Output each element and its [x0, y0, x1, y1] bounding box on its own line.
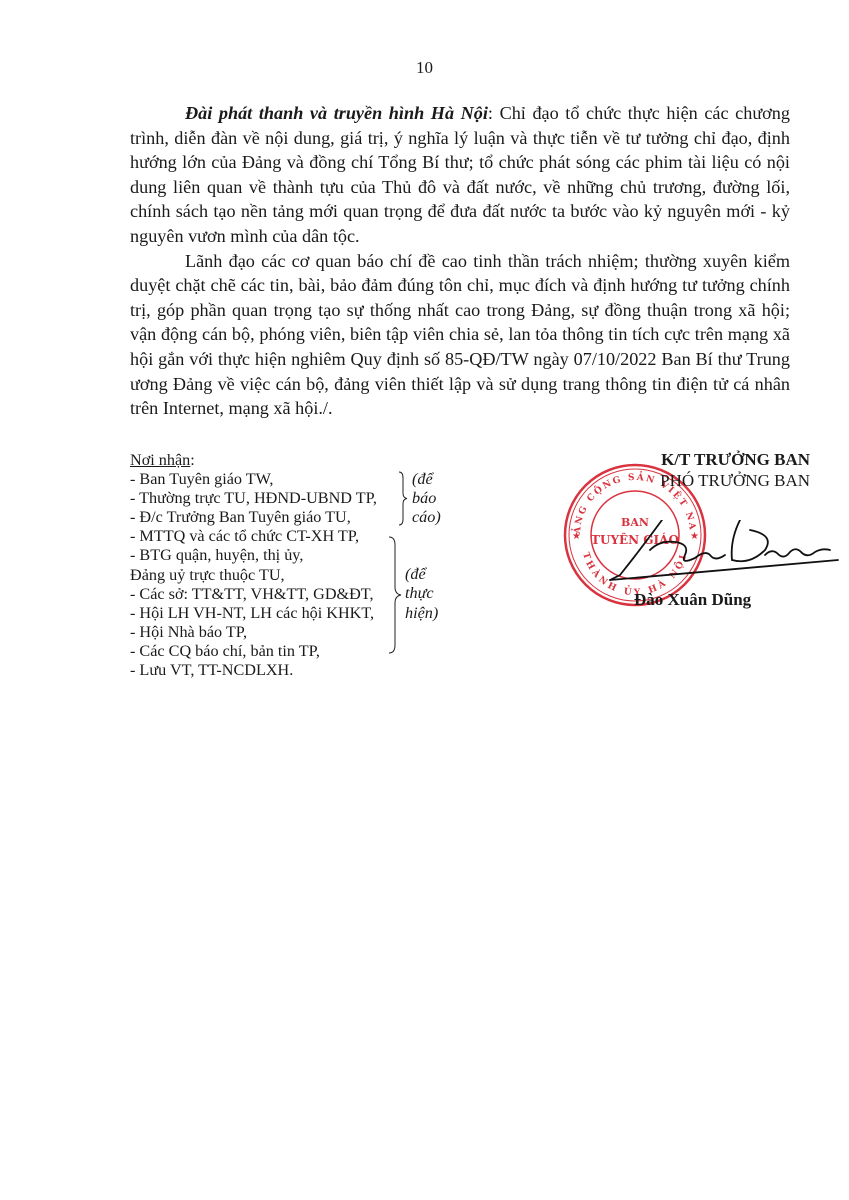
signature-block: ĐẢNG CỘNG SẢN VIỆT NAM THÀNH ỦY HÀ NỘI B…: [560, 450, 840, 620]
recipient-group-note: (để thực hiện): [405, 565, 438, 622]
paragraph-lead: Đài phát thanh và truyền hình Hà Nội: [185, 103, 488, 123]
signer-name: Đào Xuân Dũng: [634, 590, 751, 610]
recipients-heading: Nơi nhận:: [130, 451, 460, 470]
signer-title-line2: PHÓ TRƯỞNG BAN: [660, 471, 810, 491]
recipient-item: - MTTQ và các tổ chức CT-XH TP,: [130, 527, 460, 546]
recipient-item: - BTG quận, huyện, thị ủy,: [130, 546, 460, 565]
paragraph-text: : Chỉ đạo tổ chức thực hiện các chương t…: [130, 103, 790, 246]
right-brace-icon: [388, 535, 402, 655]
recipient-archive: - Lưu VT, TT-NCDLXH.: [130, 661, 460, 680]
recipient-group-implement: - MTTQ và các tổ chức CT-XH TP, - BTG qu…: [130, 527, 460, 661]
recipient-group-report: - Ban Tuyên giáo TW, - Thường trực TU, H…: [130, 470, 460, 527]
recipient-item: - Hội Nhà báo TP,: [130, 623, 460, 642]
paragraph-press-agencies: Lãnh đạo các cơ quan báo chí đề cao tinh…: [130, 249, 790, 421]
paragraph-hanoi-radio-tv: Đài phát thanh và truyền hình Hà Nội: Ch…: [130, 101, 790, 249]
page-number: 10: [0, 58, 849, 78]
recipients-block: Nơi nhận: - Ban Tuyên giáo TW, - Thường …: [130, 451, 460, 680]
handwritten-signature-icon: [600, 520, 840, 590]
svg-text:★: ★: [572, 531, 581, 542]
recipient-item: - Thường trực TU, HĐND-UBND TP,: [130, 489, 460, 508]
right-brace-icon: [398, 470, 408, 527]
recipient-item: - Ban Tuyên giáo TW,: [130, 470, 460, 489]
recipient-group-note: (để báo cáo): [412, 470, 441, 527]
recipient-item: - Đ/c Trưởng Ban Tuyên giáo TU,: [130, 508, 460, 527]
recipient-item: - Các CQ báo chí, bản tin TP,: [130, 642, 460, 661]
signer-title-line1: K/T TRƯỞNG BAN: [661, 450, 810, 470]
document-body: Đài phát thanh và truyền hình Hà Nội: Ch…: [130, 101, 790, 421]
paragraph-text: Lãnh đạo các cơ quan báo chí đề cao tinh…: [130, 251, 790, 419]
